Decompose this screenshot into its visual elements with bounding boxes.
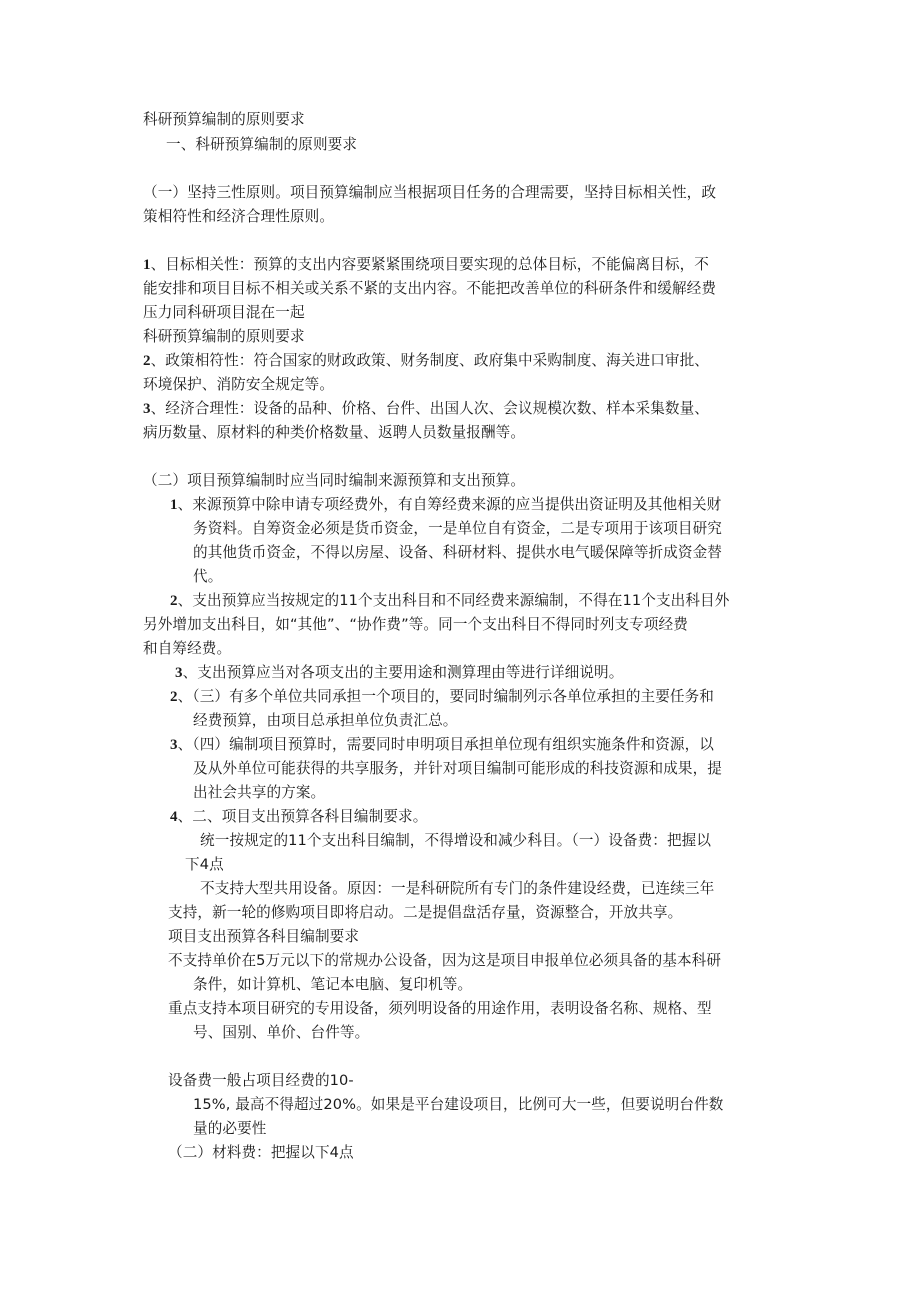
paragraph-line: 统一按规定的11个支出科目编制，不得增设和减少科目。（一）设备费：把握以 xyxy=(200,831,711,851)
paragraph-line: 另外增加支出科目，如“其他”、“协作费”等。同一个支出科目不得同时列支专项经费 xyxy=(143,615,688,635)
list-item: 3、（四）编制项目预算时，需要同时申明项目承担单位现有组织实施条件和资源，以 xyxy=(170,735,714,755)
paragraph-line: 支持，新一轮的修购项目即将启动。二是提倡盘活存量，资源整合，开放共享。 xyxy=(168,903,682,923)
paragraph-line: 设备费一般占项目经费的10- xyxy=(168,1071,354,1091)
list-number: 3 xyxy=(143,401,151,417)
paragraph-line: 策相符性和经济合理性原则。 xyxy=(143,207,334,227)
paragraph-line: 重点支持本项目研究的专用设备，须列明设备的用途作用，表明设备名称、规格、型 xyxy=(168,999,712,1019)
list-item: 2、政策相符性：符合国家的财政政策、财务制度、政府集中采购制度、海关进口审批、 xyxy=(143,351,709,371)
paragraph-line: 环境保护、消防安全规定等。 xyxy=(143,375,334,395)
paragraph-line: 代。 xyxy=(193,567,222,587)
list-number: 3 xyxy=(170,737,178,753)
repeated-title: 科研预算编制的原则要求 xyxy=(143,327,305,347)
paragraph-line: 经费预算，由项目总承担单位负责汇总。 xyxy=(193,711,458,731)
paragraph-line: 下4点 xyxy=(185,855,224,875)
paragraph-line: （一）坚持三性原则。项目预算编制应当根据项目任务的合理需要，坚持目标相关性，政 xyxy=(143,183,716,203)
list-number: 4 xyxy=(170,809,178,825)
paragraph-line: 出社会共享的方案。 xyxy=(193,783,325,803)
paragraph-line: 和自筹经费。 xyxy=(143,639,231,659)
list-number: 2 xyxy=(170,593,178,609)
paragraph-line: 压力同科研项目混在一起 xyxy=(143,303,305,323)
list-item: 3、支出预算应当对各项支出的主要用途和测算理由等进行详细说明。 xyxy=(175,663,623,683)
paragraph-line: 不支持大型共用设备。原因：一是科研院所有专门的条件建设经费，已连续三年 xyxy=(200,879,714,899)
paragraph-line: 病历数量、原材料的种类价格数量、返聘人员数量报酬等。 xyxy=(143,423,525,443)
list-item: 1、目标相关性：预算的支出内容要紧紧围绕项目要实现的总体目标，不能偏离目标，不 xyxy=(143,255,709,275)
paragraph-line: 能安排和项目目标不相关或关系不紧的支出内容。不能把改善单位的科研条件和缓解经费 xyxy=(143,279,716,299)
list-number: 2 xyxy=(170,689,178,705)
doc-title: 科研预算编制的原则要求 xyxy=(143,110,305,130)
list-number: 2 xyxy=(143,353,151,369)
document-page: 科研预算编制的原则要求 一、科研预算编制的原则要求 （一）坚持三性原则。项目预算… xyxy=(0,0,920,1302)
repeated-heading: 项目支出预算各科目编制要求 xyxy=(168,927,359,947)
paragraph-line: 条件，如计算机、笔记本电脑、复印机等。 xyxy=(193,975,472,995)
list-item: 3、经济合理性：设备的品种、价格、台件、出国人次、会议规模次数、样本采集数量、 xyxy=(143,399,709,419)
paragraph-line: 不支持单价在5万元以下的常规办公设备，因为这是项目申报单位必须具备的基本科研 xyxy=(168,951,721,971)
paragraph-line: 务资料。自筹资金必须是货币资金，一是单位自有资金，二是专项用于该项目研究 xyxy=(193,519,722,539)
list-number: 1 xyxy=(143,257,151,273)
paragraph-line: 号、国别、单价、台件等。 xyxy=(193,1023,369,1043)
paragraph-line: 的其他货币资金，不得以房屋、设备、科研材料、提供水电气暖保障等折成资金替 xyxy=(193,543,722,563)
paragraph-line: 15%, 最高不得超过20%。如果是平台建设项目，比例可大一些，但要说明台件数 xyxy=(193,1095,723,1115)
list-item: 2、（三）有多个单位共同承担一个项目的，要同时编制列示各单位承担的主要任务和 xyxy=(170,687,714,707)
list-item: 4、二、项目支出预算各科目编制要求。 xyxy=(170,807,427,827)
subsection-heading: （二）项目预算编制时应当同时编制来源预算和支出预算。 xyxy=(143,471,525,491)
section-heading: 一、科研预算编制的原则要求 xyxy=(166,135,357,155)
paragraph-line: 量的必要性 xyxy=(193,1119,266,1139)
paragraph-line: 及从外单位可能获得的共享服务，并针对项目编制可能形成的科技资源和成果，提 xyxy=(193,759,722,779)
list-item: 2、支出预算应当按规定的11个支出科目和不同经费来源编制，不得在11个支出科目外 xyxy=(170,591,729,611)
list-item: 1、来源预算中除申请专项经费外，有自筹经费来源的应当提供出资证明及其他相关财 xyxy=(170,495,721,515)
list-number: 3 xyxy=(175,665,183,681)
list-number: 1 xyxy=(170,497,178,513)
subsection-heading: （二）材料费：把握以下4点 xyxy=(168,1143,354,1163)
